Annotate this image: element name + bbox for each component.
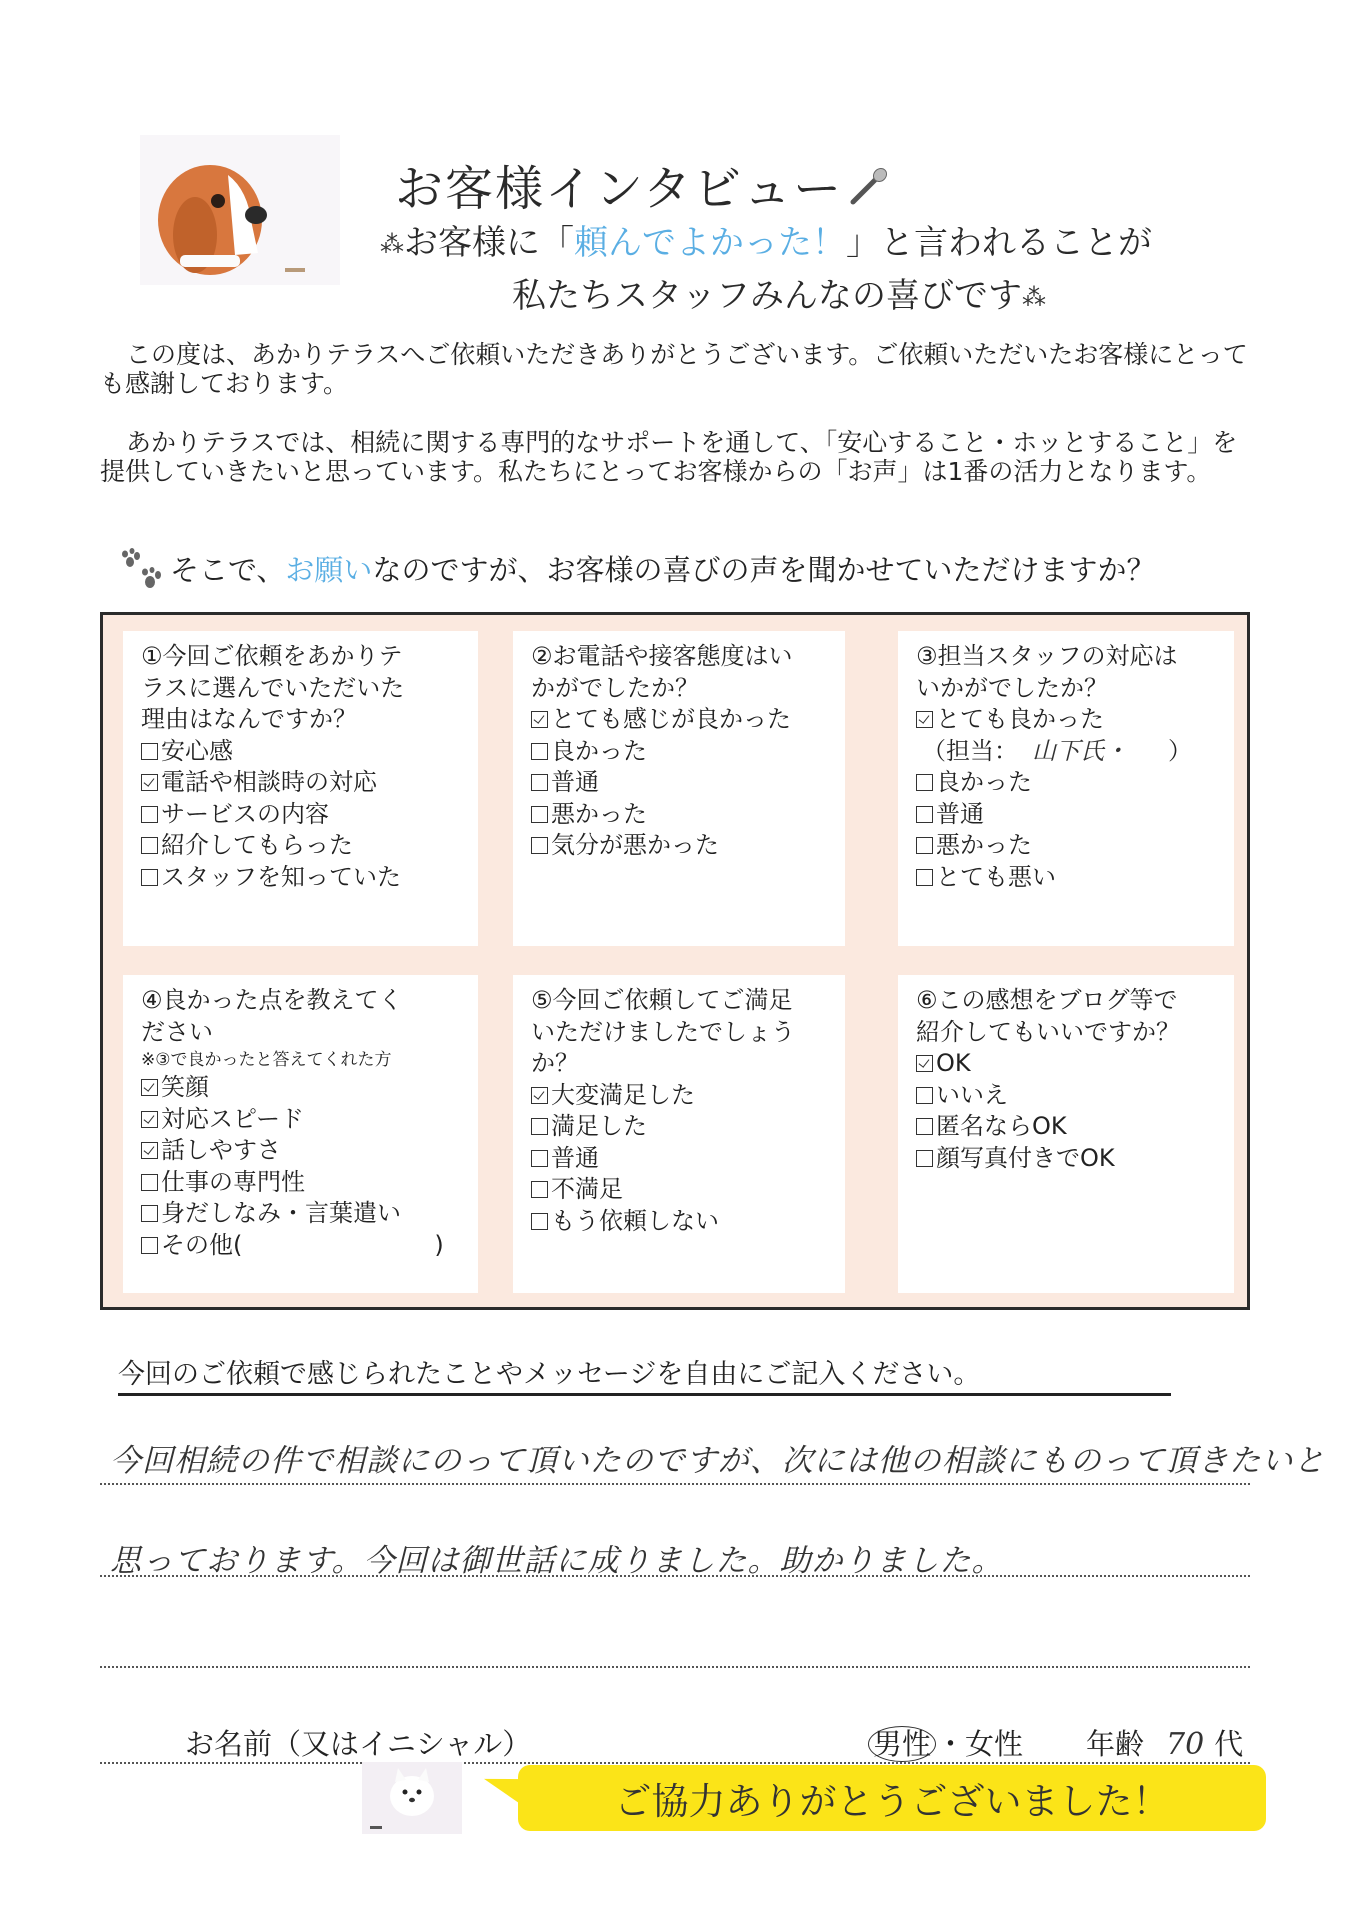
staff-label: （担当： (922, 737, 1018, 765)
option-label: 電話や相談時の対応 (161, 767, 377, 799)
option-referral[interactable]: 紹介してもらった (141, 830, 478, 862)
option-unpleasant[interactable]: 気分が悪かった (531, 830, 845, 862)
age-value-handwritten[interactable]: 70 (1166, 1727, 1204, 1762)
option-with-photo-ok[interactable]: 顔写真付きでOK (916, 1143, 1234, 1175)
question-2-panel: ②お電話や接客態度はい かがでしたか？ とても感じが良かった 良かった 普通 悪… (513, 631, 845, 946)
request-prefix: そこで、 (170, 553, 285, 587)
option-label: とても悪い (936, 862, 1056, 894)
staff-name-handwritten: 山下氏・ (1032, 737, 1128, 765)
option-anonymous-ok[interactable]: 匿名ならOK (916, 1111, 1234, 1143)
speech-bubble-tail (484, 1767, 522, 1805)
checkbox[interactable] (916, 1150, 933, 1167)
option-label: とても良かった (936, 704, 1104, 736)
intro-paragraph-1: この度は、あかりテラスへご依頼いただきありがとうございます。ご依頼いただいたお客… (100, 340, 1260, 398)
checkbox-checked[interactable] (531, 1087, 548, 1104)
option-label: 良かった (936, 767, 1032, 799)
checkbox-checked[interactable] (141, 774, 158, 791)
option-very-good[interactable]: とても良かった (916, 704, 1234, 736)
checkbox[interactable] (916, 1118, 933, 1135)
intro-paragraph-2: あかりテラスでは、相続に関する専門的なサポートを通して、「安心すること・ホッとす… (100, 428, 1260, 486)
option-label: その他( ) (161, 1230, 444, 1262)
checkbox[interactable] (916, 806, 933, 823)
option-never-again[interactable]: もう依頼しない (531, 1206, 845, 1238)
option-label: 良かった (551, 736, 647, 768)
request-line: そこで、お願いなのですが、お客様の喜びの声を聞かせていただけますか？ (120, 548, 1155, 599)
name-field-label: お名前（又はイニシャル） (185, 1722, 531, 1763)
tagline-prefix: お客様に「 (404, 223, 574, 263)
tagline-line1: ⁂お客様に「頼んでよかった！」と言われることが (380, 215, 1152, 264)
option-response-speed[interactable]: 対応スピード (141, 1104, 478, 1136)
tagline-suffix: 」と言われることが (846, 223, 1152, 263)
option-label: 悪かった (551, 799, 647, 831)
option-knew-staff[interactable]: スタッフを知っていた (141, 862, 478, 894)
option-bad[interactable]: 悪かった (531, 799, 845, 831)
option-label: 安心感 (161, 736, 233, 768)
option-normal[interactable]: 普通 (916, 799, 1234, 831)
page-title: お客様インタビュー (395, 150, 891, 220)
option-label: 普通 (551, 767, 599, 799)
intro-paragraph-1-text: この度は、あかりテラスへご依頼いただきありがとうございます。ご依頼いただいたお客… (100, 340, 1248, 398)
checkbox[interactable] (531, 806, 548, 823)
option-phone-response[interactable]: 電話や相談時の対応 (141, 767, 478, 799)
option-satisfied[interactable]: 満足した (531, 1111, 845, 1143)
checkbox[interactable] (141, 1205, 158, 1222)
option-label: 笑顔 (161, 1072, 209, 1104)
option-normal[interactable]: 普通 (531, 1143, 845, 1175)
checkbox[interactable] (531, 1118, 548, 1135)
option-label: 普通 (936, 799, 984, 831)
checkbox[interactable] (531, 837, 548, 854)
ruled-line (100, 1483, 1250, 1485)
checkbox[interactable] (916, 837, 933, 854)
question-4-text: ④良かった点を教えてく ださい (141, 985, 478, 1048)
question-5-text: ⑤今回ご依頼してご満足 いただけましたでしょう か？ (531, 985, 845, 1080)
question-4-note: ※③で良かったと答えてくれた方 (141, 1048, 478, 1072)
checkbox[interactable] (141, 743, 158, 760)
option-label: スタッフを知っていた (161, 862, 401, 894)
option-anshinkan[interactable]: 安心感 (141, 736, 478, 768)
sparkle-icon: ⁂ (380, 231, 404, 259)
checkbox[interactable] (141, 1237, 158, 1254)
option-good[interactable]: 良かった (531, 736, 845, 768)
microphone-icon (847, 164, 891, 220)
checkbox[interactable] (916, 1087, 933, 1104)
message-heading: 今回のご依頼で感じられたことやメッセージを自由にご記入ください。 (118, 1352, 1171, 1396)
question-2-text: ②お電話や接客態度はい かがでしたか？ (531, 641, 845, 704)
staff-name-field[interactable]: （担当：山下氏・） (916, 736, 1234, 768)
question-3-panel: ③担当スタッフの対応は いかがでしたか？ とても良かった （担当：山下氏・） 良… (898, 631, 1234, 946)
age-field[interactable]: 年齢70代 (1086, 1722, 1243, 1763)
gender-male-selected[interactable]: 男性 (868, 1726, 936, 1762)
checkbox[interactable] (531, 743, 548, 760)
option-label: とても感じが良かった (551, 704, 791, 736)
checkbox-checked[interactable] (916, 1055, 933, 1072)
checkbox[interactable] (141, 869, 158, 886)
option-label: 匿名ならOK (936, 1111, 1067, 1143)
option-no[interactable]: いいえ (916, 1080, 1234, 1112)
checkbox-checked[interactable] (916, 711, 933, 728)
checkbox[interactable] (141, 1174, 158, 1191)
option-label: もう依頼しない (551, 1206, 719, 1238)
title-text: お客様インタビュー (395, 161, 843, 217)
option-very-good-feeling[interactable]: とても感じが良かった (531, 704, 845, 736)
tagline-line2-text: 私たちスタッフみんなの喜びです (512, 276, 1022, 316)
option-label: 普通 (551, 1143, 599, 1175)
option-good[interactable]: 良かった (916, 767, 1234, 799)
option-smile[interactable]: 笑顔 (141, 1072, 478, 1104)
thanks-speech-bubble: ご協力ありがとうございました！ (518, 1765, 1266, 1831)
white-puppy-photo (362, 1762, 462, 1834)
option-other[interactable]: その他( ) (141, 1230, 478, 1262)
option-label: 対応スピード (161, 1104, 304, 1136)
ruled-line (100, 1762, 1250, 1764)
option-very-satisfied[interactable]: 大変満足した (531, 1080, 845, 1112)
option-label: OK (936, 1048, 971, 1080)
age-suffix: 代 (1214, 1727, 1243, 1761)
option-label: 気分が悪かった (551, 830, 719, 862)
option-label: いいえ (936, 1080, 1008, 1112)
tagline-line2: 私たちスタッフみんなの喜びです⁂ (512, 268, 1046, 317)
checkbox[interactable] (916, 869, 933, 886)
option-appearance-manners[interactable]: 身だしなみ・言葉遣い (141, 1198, 478, 1230)
ruled-line (100, 1575, 1250, 1577)
option-normal[interactable]: 普通 (531, 767, 845, 799)
question-6-panel: ⑥この感想をブログ等で 紹介してもいいですか？ OK いいえ 匿名ならOK 顔写… (898, 975, 1234, 1293)
checkbox-checked[interactable] (141, 1111, 158, 1128)
question-3-text: ③担当スタッフの対応は いかがでしたか？ (916, 641, 1234, 704)
gender-female[interactable]: 女性 (965, 1727, 1023, 1761)
checkbox-checked[interactable] (141, 1142, 158, 1159)
option-label: 顔写真付きでOK (936, 1143, 1115, 1175)
paw-print-icon (120, 548, 168, 599)
question-4-panel: ④良かった点を教えてく ださい ※③で良かったと答えてくれた方 笑顔 対応スピー… (123, 975, 478, 1293)
option-label: 大変満足した (551, 1080, 695, 1112)
question-1-panel: ①今回ご依頼をあかりテ ラスに選んでいただいた 理由はなんですか？ 安心感 電話… (123, 631, 478, 946)
option-label: サービスの内容 (161, 799, 329, 831)
option-easy-to-talk[interactable]: 話しやすさ (141, 1135, 478, 1167)
option-unsatisfied[interactable]: 不満足 (531, 1174, 845, 1206)
age-label: 年齢 (1086, 1727, 1144, 1761)
option-label: 満足した (551, 1111, 647, 1143)
message-line-1[interactable]: 今回相続の件で相談にのって頂いたのですが、次には他の相談にものって頂きたいと (110, 1435, 1325, 1480)
checkbox[interactable] (531, 1150, 548, 1167)
option-service-content[interactable]: サービスの内容 (141, 799, 478, 831)
option-label: 身だしなみ・言葉遣い (161, 1198, 401, 1230)
checkbox[interactable] (141, 806, 158, 823)
checkbox[interactable] (916, 774, 933, 791)
option-label: 不満足 (551, 1174, 623, 1206)
survey-box: ①今回ご依頼をあかりテ ラスに選んでいただいた 理由はなんですか？ 安心感 電話… (100, 612, 1250, 1310)
option-label: 悪かった (936, 830, 1032, 862)
option-expertise[interactable]: 仕事の専門性 (141, 1167, 478, 1199)
option-label: 仕事の専門性 (161, 1167, 305, 1199)
checkbox-checked[interactable] (531, 711, 548, 728)
checkbox[interactable] (531, 774, 548, 791)
staff-close: ） (1168, 737, 1192, 765)
message-line-2[interactable]: 思っております。今回は御世話に成りました。助かりました。 (110, 1535, 1004, 1580)
option-label: 話しやすさ (161, 1135, 281, 1167)
option-very-bad[interactable]: とても悪い (916, 862, 1234, 894)
request-suffix: なのですが、お客様の喜びの声を聞かせていただけますか？ (372, 553, 1155, 587)
question-1-text: ①今回ご依頼をあかりテ ラスに選んでいただいた 理由はなんですか？ (141, 641, 478, 736)
intro-paragraph-2-text: あかりテラスでは、相続に関する専門的なサポートを通して、「安心すること・ホッとす… (100, 428, 1237, 486)
tagline-highlight: 頼んでよかった！ (574, 223, 846, 263)
checkbox[interactable] (531, 1181, 548, 1198)
thanks-text: ご協力ありがとうございました！ (615, 1771, 1170, 1825)
sparkle-icon: ⁂ (1022, 284, 1046, 312)
option-ok[interactable]: OK (916, 1048, 1234, 1080)
checkbox[interactable] (531, 1213, 548, 1230)
option-label: 紹介してもらった (161, 830, 353, 862)
request-highlight: お願い (285, 553, 372, 587)
question-5-panel: ⑤今回ご依頼してご満足 いただけましたでしょう か？ 大変満足した 満足した 普… (513, 975, 845, 1293)
gender-selector[interactable]: 男性・女性 (868, 1722, 1023, 1763)
beagle-photo (140, 135, 340, 285)
question-6-text: ⑥この感想をブログ等で 紹介してもいいですか？ (916, 985, 1234, 1048)
gender-separator: ・ (936, 1727, 965, 1761)
checkbox-checked[interactable] (141, 1079, 158, 1096)
checkbox[interactable] (141, 837, 158, 854)
option-bad[interactable]: 悪かった (916, 830, 1234, 862)
ruled-line (100, 1666, 1250, 1668)
